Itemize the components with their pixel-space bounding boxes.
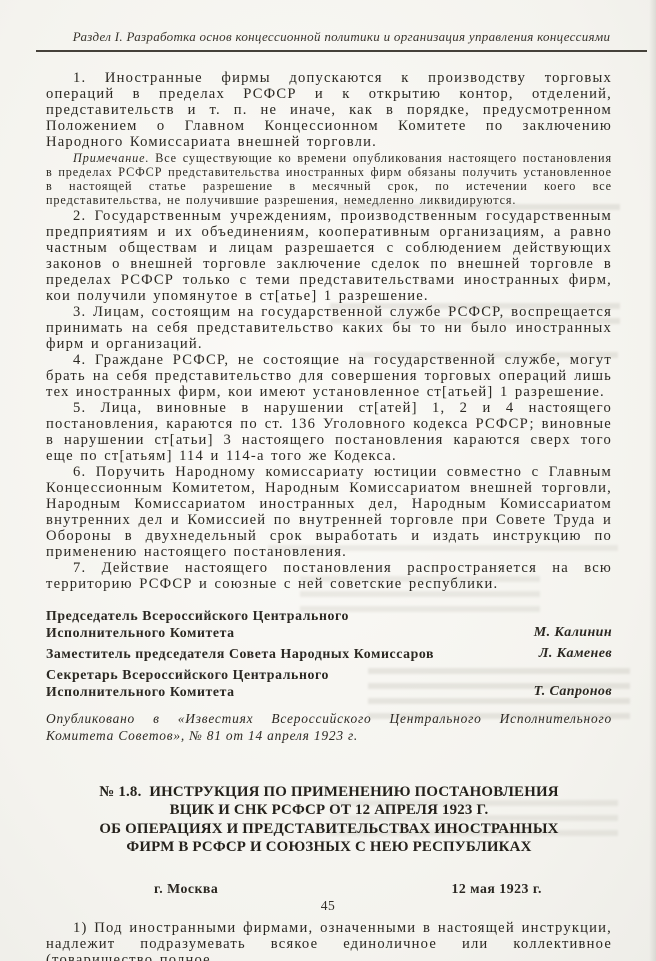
signature-row: Заместитель председателя Совета Народных… xyxy=(46,645,612,662)
instruction-heading-line: № 1.8. ИНСТРУКЦИЯ ПО ПРИМЕНЕНИЮ ПОСТАНОВ… xyxy=(46,783,612,801)
instruction-heading-line: ВЦИК И СНК РСФСР ОТ 12 АПРЕЛЯ 1923 Г. xyxy=(46,801,612,819)
signature-title-line: Исполнительного Комитета xyxy=(46,683,329,700)
signature-title-line: Заместитель председателя Совета Народных… xyxy=(46,645,434,662)
signature-title: Заместитель председателя Совета Народных… xyxy=(46,645,434,662)
running-header: Раздел I. Разработка основ концессионной… xyxy=(36,29,647,52)
place-label: г. Москва xyxy=(154,881,218,897)
signature-name: М. Калинин xyxy=(534,625,612,641)
signature-title: Председатель Всероссийского Центрального… xyxy=(46,607,349,641)
scan-edge-shadow xyxy=(649,0,656,961)
decree-paragraph-5: 5. Лица, виновные в нарушении ст[атей] 1… xyxy=(46,400,612,464)
signature-block: Председатель Всероссийского Центрального… xyxy=(46,607,612,700)
signature-title-line: Председатель Всероссийского Центрального xyxy=(46,607,349,624)
decree-paragraph-7: 7. Действие настоящего постановления рас… xyxy=(46,560,612,592)
instruction-heading-line: ОБ ОПЕРАЦИЯХ И ПРЕДСТАВИТЕЛЬСТВАХ ИНОСТР… xyxy=(46,820,612,838)
decree-paragraph-3: 3. Лицам, состоящим на государственной с… xyxy=(46,304,612,352)
signature-name: Л. Каменев xyxy=(539,646,612,662)
signature-title: Секретарь Всероссийского Центрального Ис… xyxy=(46,666,329,700)
signature-name: Т. Сапронов xyxy=(534,684,612,700)
signature-row: Секретарь Всероссийского Центрального Ис… xyxy=(46,666,612,700)
instruction-paragraph-1: 1) Под иностранными фирмами, означенными… xyxy=(46,920,612,961)
place-date-row: г. Москва 12 мая 1923 г. xyxy=(46,881,612,897)
instruction-heading-line: ФИРМ В РСФСР И СОЮЗНЫХ С НЕЮ РЕСПУБЛИКАХ xyxy=(46,838,612,856)
date-label: 12 мая 1923 г. xyxy=(451,881,542,897)
signature-title-line: Исполнительного Комитета xyxy=(46,624,349,641)
decree-paragraph-1: 1. Иностранные фирмы допускаются к произ… xyxy=(46,70,612,150)
decree-paragraph-2: 2. Государственным учреждениям, производ… xyxy=(46,208,612,304)
signature-row: Председатель Всероссийского Центрального… xyxy=(46,607,612,641)
scanned-document-page: Раздел I. Разработка основ концессионной… xyxy=(0,0,656,961)
note-label: Примечание. xyxy=(73,151,149,165)
instruction-heading: № 1.8. ИНСТРУКЦИЯ ПО ПРИМЕНЕНИЮ ПОСТАНОВ… xyxy=(46,783,612,856)
decree-paragraph-6: 6. Поручить Народному комиссариату юстиц… xyxy=(46,464,612,560)
note-paragraph: Примечание. Все существующие ко времени … xyxy=(46,151,612,207)
decree-paragraph-4: 4. Граждане РСФСР, не состоящие на госуд… xyxy=(46,352,612,400)
page-number: 45 xyxy=(0,898,656,914)
publication-note: Опубликовано в «Известиях Всероссийского… xyxy=(46,711,612,744)
document-body: 1. Иностранные фирмы допускаются к произ… xyxy=(46,62,612,961)
signature-title-line: Секретарь Всероссийского Центрального xyxy=(46,666,329,683)
